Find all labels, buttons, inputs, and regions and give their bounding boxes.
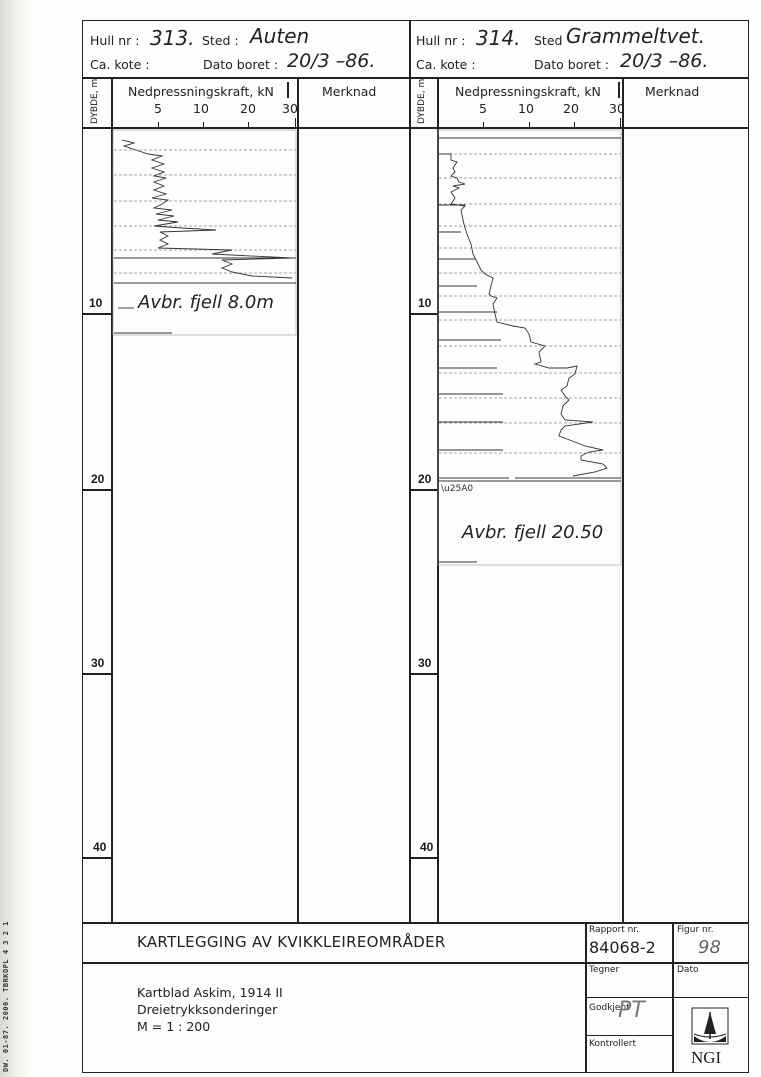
godkjent-initials: PT <box>618 998 645 1023</box>
right-dato-label: Dato boret : <box>534 57 609 72</box>
scan-edge <box>0 0 30 1077</box>
left-merknad-title: Merknad <box>322 84 376 99</box>
right-tick-20: 20 <box>563 101 579 116</box>
godkjent-divider <box>585 1035 673 1036</box>
left-force-title-bar <box>287 82 289 98</box>
panel-divider <box>409 20 411 923</box>
right-kote-label: Ca. kote : <box>416 57 476 72</box>
header-divider <box>82 77 749 79</box>
right-depth-20-line <box>410 489 438 491</box>
left-sted-value: Auten <box>250 24 309 48</box>
rapport-number: 84068-2 <box>589 938 656 957</box>
left-depth-30-line <box>82 673 112 675</box>
right-tick-10: 10 <box>518 101 534 116</box>
right-tickmark-30 <box>620 118 621 127</box>
tegner-divider <box>585 997 749 998</box>
left-depth-10-line <box>82 313 112 315</box>
kontrollert-label: Kontrollert <box>589 1039 636 1049</box>
left-dato-label: Dato boret : <box>203 57 278 72</box>
left-tickmark-10 <box>203 122 204 127</box>
right-depth-40: 40 <box>420 840 433 854</box>
left-dato-value: 20/3 –86. <box>287 50 375 72</box>
right-tickmark-20 <box>574 122 575 127</box>
right-hull-nr: 314. <box>476 26 521 50</box>
left-kote-label: Ca. kote : <box>90 57 150 72</box>
dato-label: Dato <box>677 965 698 975</box>
right-depth-30-line <box>410 673 438 675</box>
title-block-top-line <box>82 922 749 924</box>
right-force-title-bar <box>618 82 620 98</box>
left-tick-10: 10 <box>193 101 209 116</box>
left-tick-30: 30 <box>282 101 298 116</box>
right-tickmark-5 <box>483 122 484 127</box>
svg-text:\u25A0: \u25A0 <box>441 484 473 494</box>
right-depth-title: DYBDE, m <box>417 79 427 124</box>
left-tick-20: 20 <box>240 101 256 116</box>
title-block-mid-line <box>82 962 749 964</box>
figur-label: Figur nr. <box>677 925 713 935</box>
left-depth-30: 30 <box>91 656 104 670</box>
left-hull-label: Hull nr : <box>90 33 140 48</box>
right-depth-10-line <box>410 313 438 315</box>
left-depth-20: 20 <box>91 472 104 486</box>
method-line: Dreietrykksonderinger <box>137 1002 277 1017</box>
right-tick-5: 5 <box>479 101 487 116</box>
left-tickmark-30 <box>295 118 296 127</box>
left-sounding-plot <box>112 128 302 348</box>
right-depth-40-line <box>410 857 438 859</box>
project-title: KARTLEGGING AV KVIKKLEIREOMRÅDER <box>137 933 446 951</box>
right-sounding-plot: \u25A0 <box>437 128 627 568</box>
left-tickmark-20 <box>248 122 249 127</box>
left-sted-label: Sted : <box>202 33 239 48</box>
right-merknad-title: Merknad <box>645 84 699 99</box>
right-sted-label: Sted <box>534 33 562 48</box>
scale-line: M = 1 : 200 <box>137 1019 210 1034</box>
right-dato-value: 20/3 –86. <box>620 50 708 72</box>
left-depth-title: DYBDE, m <box>90 79 100 124</box>
right-depth-30: 30 <box>418 656 431 670</box>
right-stop-annotation: Avbr. fjell 20.50 <box>462 522 603 543</box>
left-force-title: Nedpressningskraft, kN <box>128 84 274 99</box>
left-tick-5: 5 <box>154 101 162 116</box>
map-sheet-line: Kartblad Askim, 1914 II <box>137 985 283 1000</box>
left-depth-20-line <box>82 489 112 491</box>
right-tickmark-10 <box>529 122 530 127</box>
right-tick-30: 30 <box>609 101 625 116</box>
right-sted-value: Grammeltvet. <box>566 24 705 48</box>
figur-number: 98 <box>698 937 721 958</box>
left-tickmark-5 <box>158 122 159 127</box>
right-force-title: Nedpressningskraft, kN <box>455 84 601 99</box>
left-depth-40-line <box>82 857 112 859</box>
rapport-label: Rapport nr. <box>589 925 639 935</box>
left-depth-10: 10 <box>89 296 102 310</box>
margin-stamp: DW. 01-87. 2000. TBRKOPL 4 3 2 1 <box>2 921 10 1072</box>
ngi-logo-text: NGI <box>691 1048 721 1068</box>
left-hull-nr: 313. <box>150 26 195 50</box>
right-depth-20: 20 <box>418 472 431 486</box>
left-stop-annotation: Avbr. fjell 8.0m <box>138 292 274 313</box>
right-hull-label: Hull nr : <box>416 33 466 48</box>
tegner-label: Tegner <box>589 965 619 975</box>
left-depth-40: 40 <box>93 840 106 854</box>
right-depth-10: 10 <box>418 296 431 310</box>
